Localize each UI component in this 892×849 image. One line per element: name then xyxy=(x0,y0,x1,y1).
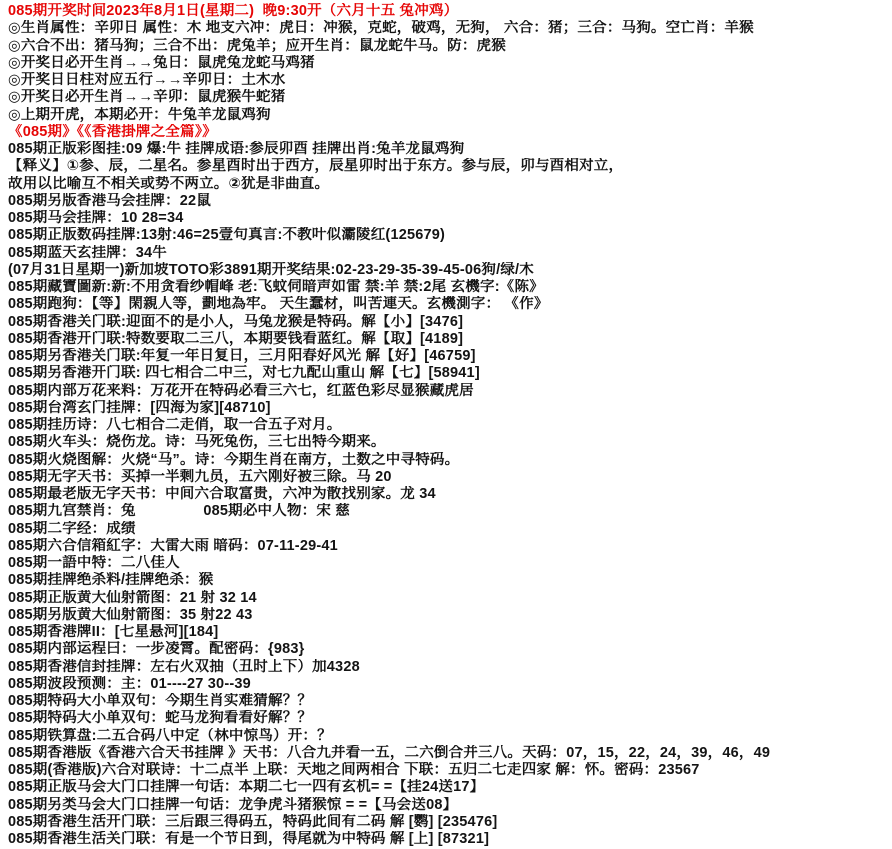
text-line: 085期九宫禁肖：兔 085期必中人物：宋 慈 xyxy=(8,503,892,520)
text-line: 085期火烧图解：火烧“马”。诗：今期生肖在南方，土数之中寻特码。 xyxy=(8,452,892,469)
text-line: 085期二字经：成绩 xyxy=(8,521,892,538)
text-line: 085期正版数码挂牌:13射:46=25壹句真言:不教叶似灞陵红(125679) xyxy=(8,227,892,244)
text-line: ◎开奖日必开生肖→→辛卯：鼠虎猴牛蛇猪 xyxy=(8,89,892,106)
text-line: 085期另版香港马会挂牌：22鼠 xyxy=(8,193,892,210)
text-line: 085期香港生活开门联：三后跟三得码五，特码此间有二码 解 [鹦] [23547… xyxy=(8,814,892,831)
text-line: 085期香港信封挂牌：左右火双抽（丑时上下）加4328 xyxy=(8,659,892,676)
text-line: ◎六合不出：猪马狗；三合不出：虎兔羊；应开生肖：鼠龙蛇牛马。防：虎猴 xyxy=(8,38,892,55)
text-line: 085期挂牌绝杀料/挂牌绝杀：猴 xyxy=(8,572,892,589)
text-line: 085期特码大小单双句：今期生肖实难猜解？？ xyxy=(8,693,892,710)
text-line: 085期正版彩图挂:09 爆:牛 挂牌成语:参辰卯酉 挂牌出肖:兔羊龙鼠鸡狗 xyxy=(8,141,892,158)
text-line: 085期另类马会大门口挂牌一句话：龙争虎斗猪猴惊 = =【马会送08】 xyxy=(8,797,892,814)
text-line: 085期香港开门联:特数要取二三八，本期要钱看蓝红。解【取】[4189] xyxy=(8,331,892,348)
text-line: 085期香港生活关门联：有是一个节日到，得尾就为中特码 解 [上] [87321… xyxy=(8,831,892,848)
text-line: 085期波段预测：主：01----27 30--39 xyxy=(8,676,892,693)
text-line: 085期六合信箱紅字：大雷大雨 暗码：07-11-29-41 xyxy=(8,538,892,555)
text-line: ◎上期开虎，本期必开：牛兔羊龙鼠鸡狗 xyxy=(8,107,892,124)
text-line: 085期火车头：烧伤龙。诗：马死兔伤，三七出特今期来。 xyxy=(8,434,892,451)
text-line: 故用以比喻互不相关或势不两立。②犹是非曲直。 xyxy=(8,176,892,193)
text-line: 085期铁算盘:二五合码八中定（林中惊鸟）开：？ xyxy=(8,728,892,745)
text-line: 085期香港牌II：[七星悬河][184] xyxy=(8,624,892,641)
content-lines: 085期开奖时间2023年8月1日(星期二) 晚9:30开（六月十五 兔冲鸡）◎… xyxy=(8,3,892,848)
text-line: 085期马会挂牌：10 28=34 xyxy=(8,210,892,227)
text-line: 085期开奖时间2023年8月1日(星期二) 晚9:30开（六月十五 兔冲鸡） xyxy=(8,3,892,20)
text-line: ◎开奖日日柱对应五行→→辛卯日：土木水 xyxy=(8,72,892,89)
text-line: 085期另香港关门联:年复一年日复日，三月阳春好风光 解【好】[46759] xyxy=(8,348,892,365)
text-line: 085期内部万花来料：万花开在特码必看三六七，红蓝色彩尽显猴藏虎居 xyxy=(8,383,892,400)
text-line: 085期香港关门联:迎面不的是小人，马兔龙猴是特码。解【小】[3476] xyxy=(8,314,892,331)
text-line: 085期正版黄大仙射箭图：21 射 32 14 xyxy=(8,590,892,607)
text-line: 085期一語中特：二八佳人 xyxy=(8,555,892,572)
text-line: 085期蓝天玄挂牌：34牛 xyxy=(8,245,892,262)
text-line: 085期跑狗：【等】閑親人等，劃地為牢。 天生蠢材，叫苦連天。玄機測字： 《作》 xyxy=(8,296,892,313)
text-line: 085期挂历诗：八七相合二走俏，取一合五子对月。 xyxy=(8,417,892,434)
text-line: 085期另香港开门联: 四七相合二中三，对七九配山重山 解【七】[58941] xyxy=(8,365,892,382)
text-line: 085期最老版无字天书：中间六合取富贵，六冲为散找别家。龙 34 xyxy=(8,486,892,503)
text-line: 085期特码大小单双句：蛇马龙狗看看好解？？ xyxy=(8,710,892,727)
text-line: 085期藏寶圖新:新:不用贪看纱帽峰 老:飞蚊伺暗声如雷 禁:羊 禁:2尾 玄機… xyxy=(8,279,892,296)
text-line: 085期无字天书：买掉一半剩九员，五六刚好被三除。马 20 xyxy=(8,469,892,486)
text-line: 【释义】①参、辰，二星名。参星酉时出于西方，辰星卯时出于东方。参与辰，卯与酉相对… xyxy=(8,158,892,175)
text-line: 085期台湾玄门挂牌：[四海为家][48710] xyxy=(8,400,892,417)
text-line: (07月31日星期一)新加坡TOTO彩3891期开奖结果:02-23-29-35… xyxy=(8,262,892,279)
text-line: ◎开奖日必开生肖→→兔日：鼠虎兔龙蛇马鸡猪 xyxy=(8,55,892,72)
text-line: 085期另版黄大仙射箭图：35 射22 43 xyxy=(8,607,892,624)
text-line: 《085期》《《香港掛牌之全篇》》 xyxy=(8,124,892,141)
text-line: 085期香港版《香港六合天书挂牌 》天书：八合九并看一五，二六倒合并三八。天码：… xyxy=(8,745,892,762)
text-line: ◎生肖属性：辛卯日 属性：木 地支六冲：虎日：冲猴，克蛇，破鸡，无狗， 六合：猪… xyxy=(8,20,892,37)
text-line: 085期(香港版)六合对联诗：十二点半 上联：天地之间两相合 下联：五归二七走四… xyxy=(8,762,892,779)
text-line: 085期内部运程曰：一步凌霄。配密码：{983} xyxy=(8,641,892,658)
lottery-info-page: 085期开奖时间2023年8月1日(星期二) 晚9:30开（六月十五 兔冲鸡）◎… xyxy=(0,0,892,849)
text-line: 085期正版马会大门口挂牌一句话：本期二七一四有玄机= =【挂24送17】 xyxy=(8,779,892,796)
